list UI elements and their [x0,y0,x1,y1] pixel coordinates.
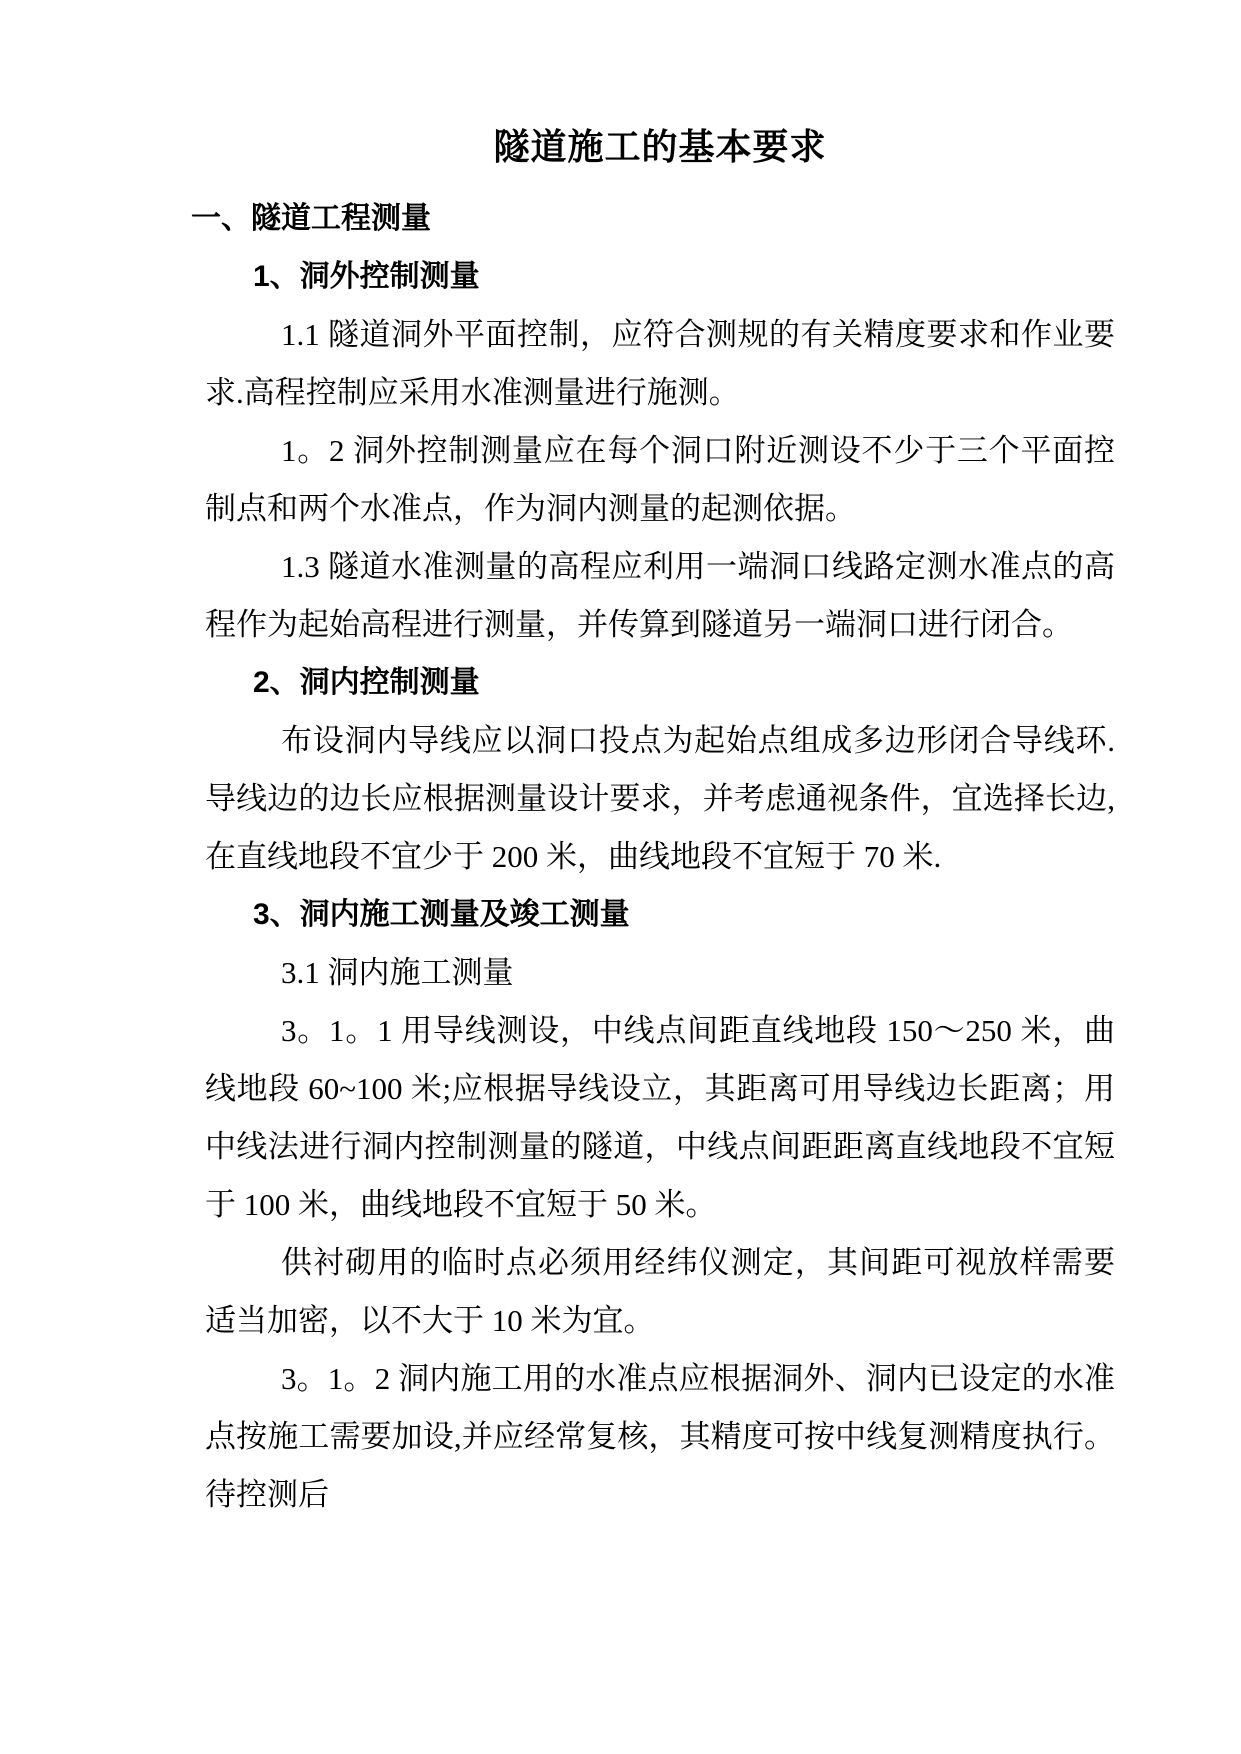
paragraph-3-1-1: 3。1。1 用导线测设，中线点间距直线地段 150～250 米，曲线地段 60~… [205,1002,1115,1234]
subheading-inside-construction-survey: 3、洞内施工测量及竣工测量 [253,886,1115,944]
section-heading-tunnel-survey: 一、隧道工程测量 [191,190,1115,248]
paragraph-3-1-2: 3。1。2 洞内施工用的水准点应根据洞外、洞内已设定的水准点按施工需要加设,并应… [205,1350,1115,1524]
paragraph-lining-temporary-points: 供衬砌用的临时点必须用经纬仪测定，其间距可视放样需要适当加密，以不大于 10 米… [205,1234,1115,1350]
subheading-inside-control-survey: 2、洞内控制测量 [253,654,1115,712]
subheading-outside-control-survey: 1、洞外控制测量 [253,248,1115,306]
document-page: 隧道施工的基本要求 一、隧道工程测量 1、洞外控制测量 1.1 隧道洞外平面控制… [0,0,1241,1754]
document-content: 隧道施工的基本要求 一、隧道工程测量 1、洞外控制测量 1.1 隧道洞外平面控制… [0,0,1241,1754]
paragraph-1-3: 1.3 隧道水准测量的高程应利用一端洞口线路定测水准点的高程作为起始高程进行测量… [205,538,1115,654]
paragraph-1-1: 1.1 隧道洞外平面控制，应符合测规的有关精度要求和作业要求.高程控制应采用水准… [205,306,1115,422]
paragraph-3-1-label: 3.1 洞内施工测量 [205,944,1115,1002]
paragraph-2-body: 布设洞内导线应以洞口投点为起始点组成多边形闭合导线环.导线边的边长应根据测量设计… [205,712,1115,886]
document-title: 隧道施工的基本要求 [205,118,1115,176]
paragraph-1-2: 1。2 洞外控制测量应在每个洞口附近测设不少于三个平面控制点和两个水准点，作为洞… [205,422,1115,538]
